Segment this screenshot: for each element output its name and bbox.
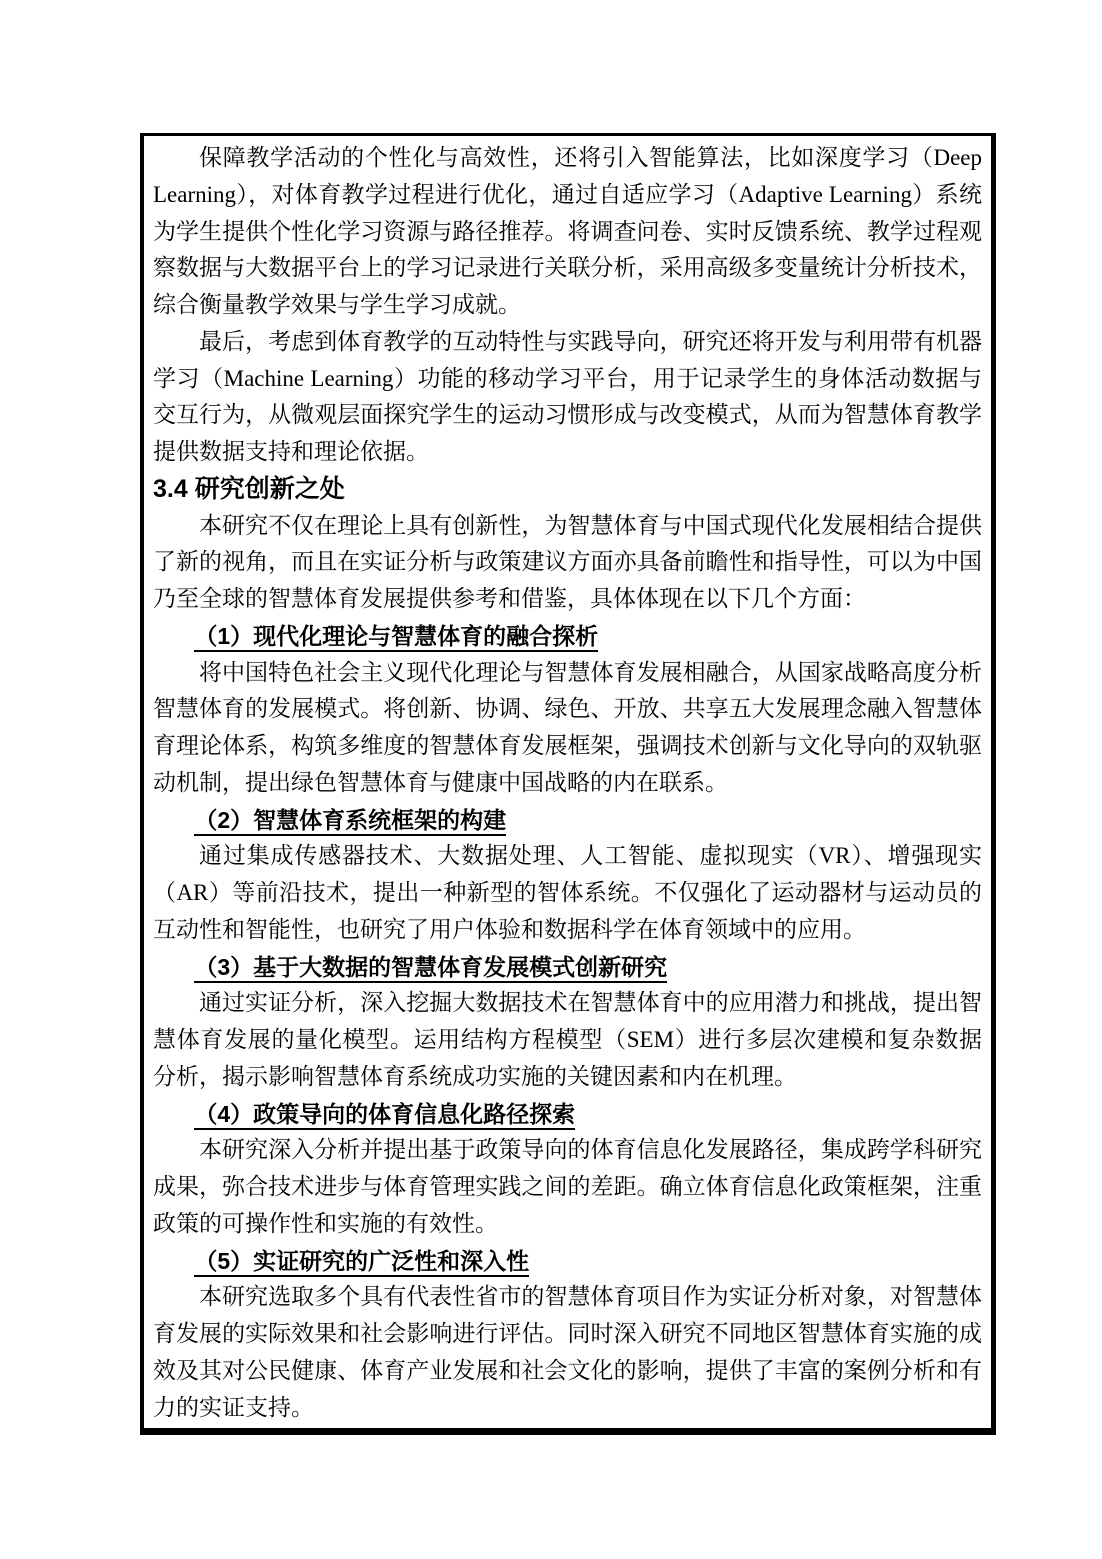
innovation-heading-3: （3）基于大数据的智慧体育发展模式创新研究 (153, 949, 982, 986)
innovation-heading-4: （4）政策导向的体育信息化路径探索 (153, 1096, 982, 1133)
innovation-heading-1-label: （1）现代化理论与智慧体育的融合探析 (194, 623, 598, 652)
innovation-heading-3-label: （3）基于大数据的智慧体育发展模式创新研究 (194, 954, 667, 983)
document-content-cell: 保障教学活动的个性化与高效性，还将引入智能算法，比如深度学习（Deep Lear… (140, 133, 996, 1435)
body-paragraph-innovation-3: 通过实证分析，深入挖掘大数据技术在智慧体育中的应用潜力和挑战，提出智慧体育发展的… (153, 985, 982, 1095)
body-paragraph-innovation-overview: 本研究不仅在理论上具有创新性，为智慧体育与中国式现代化发展相结合提供了新的视角，… (153, 508, 982, 618)
innovation-heading-5: （5）实证研究的广泛性和深入性 (153, 1243, 982, 1280)
body-paragraph-teaching-personalization: 保障教学活动的个性化与高效性，还将引入智能算法，比如深度学习（Deep Lear… (153, 140, 982, 324)
body-paragraph-mobile-learning-platform: 最后，考虑到体育教学的互动特性与实践导向，研究还将开发与利用带有机器学习（Mac… (153, 324, 982, 471)
innovation-heading-1: （1）现代化理论与智慧体育的融合探析 (153, 618, 982, 655)
body-paragraph-innovation-5: 本研究选取多个具有代表性省市的智慧体育项目作为实证分析对象，对智慧体育发展的实际… (153, 1279, 982, 1426)
innovation-heading-2-label: （2）智慧体育系统框架的构建 (194, 807, 506, 836)
body-paragraph-innovation-2: 通过集成传感器技术、大数据处理、人工智能、虚拟现实（VR）、增强现实（AR）等前… (153, 838, 982, 948)
section-heading-3-4-research-innovations: 3.4 研究创新之处 (153, 471, 982, 508)
innovation-heading-4-label: （4）政策导向的体育信息化路径探索 (194, 1101, 575, 1130)
body-paragraph-innovation-1: 将中国特色社会主义现代化理论与智慧体育发展相融合，从国家战略高度分析智慧体育的发… (153, 655, 982, 802)
innovation-heading-5-label: （5）实证研究的广泛性和深入性 (194, 1248, 529, 1277)
innovation-heading-2: （2）智慧体育系统框架的构建 (153, 802, 982, 839)
body-paragraph-innovation-4: 本研究深入分析并提出基于政策导向的体育信息化发展路径，集成跨学科研究成果，弥合技… (153, 1132, 982, 1242)
